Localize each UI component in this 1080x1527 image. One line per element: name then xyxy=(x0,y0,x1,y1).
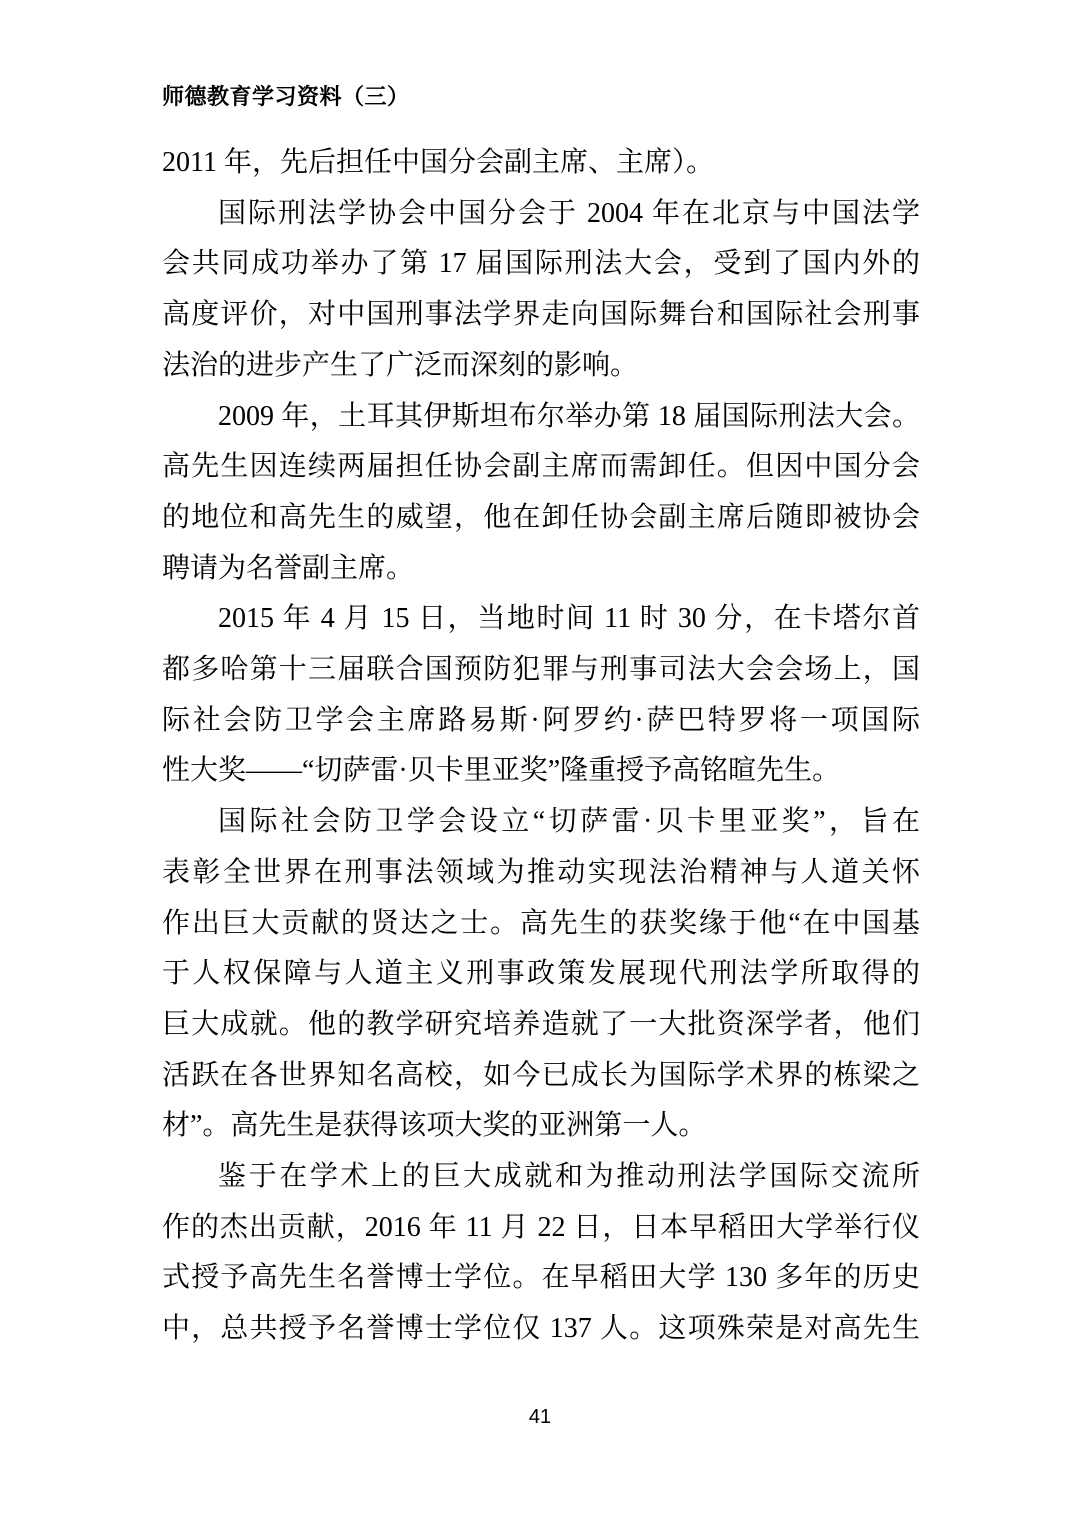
text-line: 活跃在各世界知名高校，如今已成长为国际学术界的栋梁之 xyxy=(162,1051,920,1102)
text-line: 国际刑法学协会中国分会于 2004 年在北京与中国法学 xyxy=(162,189,920,240)
paragraph: 2009 年，土耳其伊斯坦布尔举办第 18 届国际刑法大会。高先生因连续两届担任… xyxy=(162,392,920,595)
text-line: 高度评价，对中国刑事法学界走向国际舞台和国际社会刑事 xyxy=(162,290,920,341)
text-line: 中，总共授予名誉博士学位仅 137 人。这项殊荣是对高先生 xyxy=(162,1304,920,1355)
text-line: 高先生因连续两届担任协会副主席而需卸任。但因中国分会 xyxy=(162,442,920,493)
text-line: 表彰全世界在刑事法领域为推动实现法治精神与人道关怀 xyxy=(162,848,920,899)
text-line: 国际社会防卫学会设立“切萨雷·贝卡里亚奖”，旨在 xyxy=(162,797,920,848)
text-line: 作的杰出贡献，2016 年 11 月 22 日，日本早稻田大学举行仪 xyxy=(162,1203,920,1254)
paragraph: 国际刑法学协会中国分会于 2004 年在北京与中国法学会共同成功举办了第 17 … xyxy=(162,189,920,392)
paragraph: 2011 年，先后担任中国分会副主席、主席）。 xyxy=(162,138,920,189)
text-line: 的地位和高先生的威望，他在卸任协会副主席后随即被协会 xyxy=(162,493,920,544)
text-line: 材”。高先生是获得该项大奖的亚洲第一人。 xyxy=(162,1101,920,1152)
text-line: 性大奖——“切萨雷·贝卡里亚奖”隆重授予高铭暄先生。 xyxy=(162,746,920,797)
text-line: 2009 年，土耳其伊斯坦布尔举办第 18 届国际刑法大会。 xyxy=(162,392,920,443)
text-line: 聘请为名誉副主席。 xyxy=(162,544,920,595)
text-line: 巨大成就。他的教学研究培养造就了一大批资深学者，他们 xyxy=(162,1000,920,1051)
paragraph: 2015 年 4 月 15 日，当地时间 11 时 30 分，在卡塔尔首都多哈第… xyxy=(162,594,920,797)
text-line: 际社会防卫学会主席路易斯·阿罗约·萨巴特罗将一项国际 xyxy=(162,696,920,747)
text-line: 于人权保障与人道主义刑事政策发展现代刑法学所取得的 xyxy=(162,949,920,1000)
text-line: 会共同成功举办了第 17 届国际刑法大会，受到了国内外的 xyxy=(162,239,920,290)
document-page: 师德教育学习资料（三） 2011 年，先后担任中国分会副主席、主席）。国际刑法学… xyxy=(0,0,1080,1527)
paragraph: 鉴于在学术上的巨大成就和为推动刑法学国际交流所作的杰出贡献，2016 年 11 … xyxy=(162,1152,920,1355)
page-number: 41 xyxy=(0,1406,1080,1429)
paragraph: 国际社会防卫学会设立“切萨雷·贝卡里亚奖”，旨在表彰全世界在刑事法领域为推动实现… xyxy=(162,797,920,1152)
text-line: 鉴于在学术上的巨大成就和为推动刑法学国际交流所 xyxy=(162,1152,920,1203)
text-line: 2015 年 4 月 15 日，当地时间 11 时 30 分，在卡塔尔首 xyxy=(162,594,920,645)
text-line: 作出巨大贡献的贤达之士。高先生的获奖缘于他“在中国基 xyxy=(162,899,920,950)
text-line: 都多哈第十三届联合国预防犯罪与刑事司法大会会场上，国 xyxy=(162,645,920,696)
text-line: 式授予高先生名誉博士学位。在早稻田大学 130 多年的历史 xyxy=(162,1253,920,1304)
page-header: 师德教育学习资料（三） xyxy=(162,80,410,111)
text-line: 法治的进步产生了广泛而深刻的影响。 xyxy=(162,341,920,392)
text-line: 2011 年，先后担任中国分会副主席、主席）。 xyxy=(162,138,920,189)
document-body: 2011 年，先后担任中国分会副主席、主席）。国际刑法学协会中国分会于 2004… xyxy=(162,138,920,1355)
